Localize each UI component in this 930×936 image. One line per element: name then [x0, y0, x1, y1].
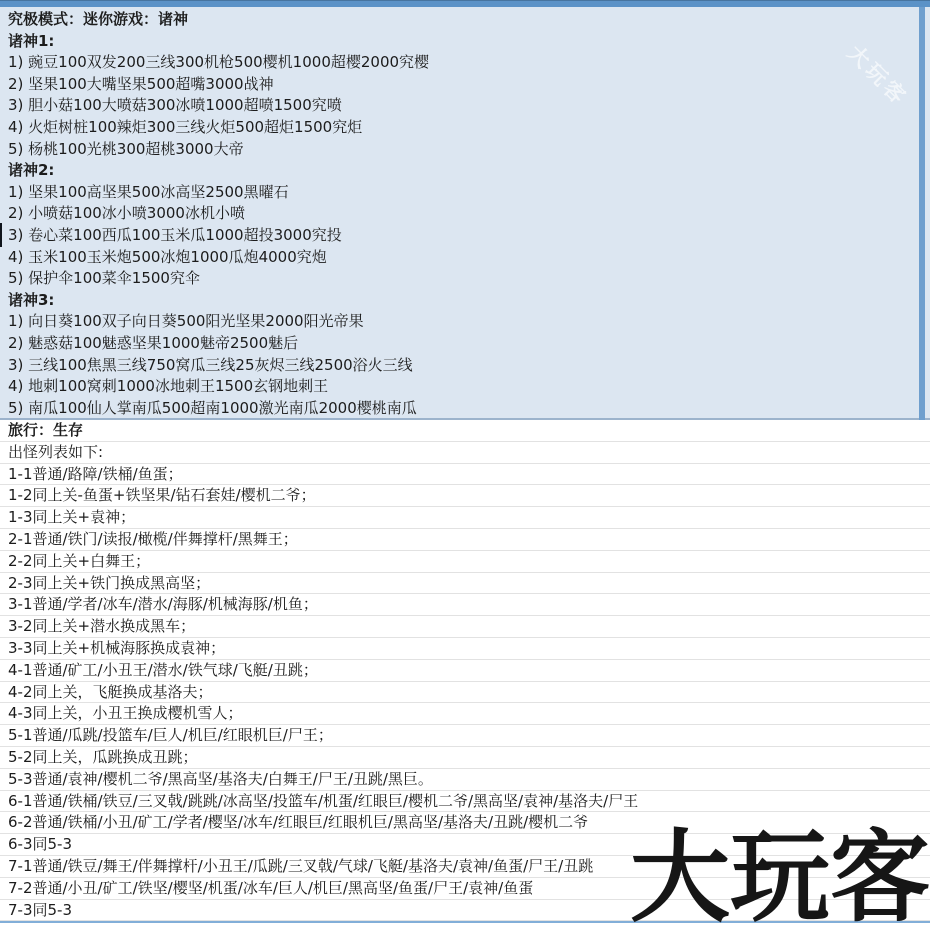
god-line[interactable]: 1) 向日葵100双子向日葵500阳光坚果2000阳光帝果	[8, 311, 930, 333]
god-line[interactable]: 3) 卷心菜100西瓜100玉米瓜1000超投3000究投	[8, 225, 930, 247]
spawn-row[interactable]: 1-1普通/路障/铁桶/鱼蛋；	[0, 464, 930, 486]
document-page: 究极模式：迷你游戏：诸神 诸神1: 1) 豌豆100双发200三线300机枪50…	[0, 0, 930, 936]
god-line[interactable]: 1) 坚果100高坚果500冰高坚2500黑曜石	[8, 182, 930, 204]
spawn-row[interactable]: 4-2同上关，飞艇换成基洛夫；	[0, 682, 930, 704]
god-section-2-title[interactable]: 诸神2:	[8, 160, 930, 182]
god-line[interactable]: 5) 南瓜100仙人掌南瓜500超南1000激光南瓜2000樱桃南瓜	[8, 398, 930, 420]
brand-watermark: 大玩客	[630, 828, 930, 928]
god-section-3-title[interactable]: 诸神3:	[8, 290, 930, 312]
god-line[interactable]: 1) 豌豆100双发200三线300机枪500樱机1000超樱2000究樱	[8, 52, 930, 74]
spawn-row[interactable]: 5-3普通/袁神/樱机二爷/黑高坚/基洛夫/白舞王/尸王/丑跳/黑巨。	[0, 769, 930, 791]
spawn-row[interactable]: 2-3同上关+铁门换成黑高坚；	[0, 573, 930, 595]
spawn-list-label[interactable]: 出怪列表如下:	[0, 442, 930, 464]
travel-section-title[interactable]: 旅行：生存	[0, 420, 930, 442]
mode-header[interactable]: 究极模式：迷你游戏：诸神	[8, 9, 930, 31]
spawn-row[interactable]: 5-1普通/瓜跳/投篮车/巨人/机巨/红眼机巨/尸王；	[0, 725, 930, 747]
spawn-row[interactable]: 5-2同上关，瓜跳换成丑跳；	[0, 747, 930, 769]
selected-region[interactable]: 究极模式：迷你游戏：诸神 诸神1: 1) 豌豆100双发200三线300机枪50…	[0, 7, 930, 420]
spawn-row[interactable]: 1-2同上关-鱼蛋+铁坚果/钻石套娃/樱机二爷；	[0, 485, 930, 507]
god-line[interactable]: 4) 地刺100窝刺1000冰地刺王1500玄钢地刺王	[8, 376, 930, 398]
spawn-row[interactable]: 3-1普通/学者/冰车/潜水/海豚/机械海豚/机鱼；	[0, 594, 930, 616]
spawn-row[interactable]: 2-1普通/铁门/读报/橄榄/伴舞撑杆/黑舞王；	[0, 529, 930, 551]
spawn-row[interactable]: 6-1普通/铁桶/铁豆/三叉戟/跳跳/冰高坚/投篮车/机蛋/红眼巨/樱机二爷/黑…	[0, 791, 930, 813]
spawn-row[interactable]: 4-3同上关，小丑王换成樱机雪人；	[0, 703, 930, 725]
god-section-2-list: 1) 坚果100高坚果500冰高坚2500黑曜石2) 小喷菇100冰小喷3000…	[8, 182, 930, 290]
god-line[interactable]: 4) 玉米100玉米炮500冰炮1000瓜炮4000究炮	[8, 247, 930, 269]
god-line[interactable]: 2) 小喷菇100冰小喷3000冰机小喷	[8, 203, 930, 225]
spawn-row[interactable]: 4-1普通/矿工/小丑王/潜水/铁气球/飞艇/丑跳；	[0, 660, 930, 682]
god-line[interactable]: 4) 火炬树桩100辣炬300三线火炬500超炬1500究炬	[8, 117, 930, 139]
selection-right-border	[919, 7, 925, 420]
god-line[interactable]: 3) 胆小菇100大喷菇300冰喷1000超喷1500究喷	[8, 95, 930, 117]
god-section-1-list: 1) 豌豆100双发200三线300机枪500樱机1000超樱2000究樱2) …	[8, 52, 930, 160]
spawn-row[interactable]: 3-2同上关+潜水换成黑车；	[0, 616, 930, 638]
spawn-row[interactable]: 3-3同上关+机械海豚换成袁神；	[0, 638, 930, 660]
spawn-row[interactable]: 1-3同上关+袁神；	[0, 507, 930, 529]
god-section-3-list: 1) 向日葵100双子向日葵500阳光坚果2000阳光帝果2) 魅惑菇100魅惑…	[8, 311, 930, 419]
text-cursor	[0, 223, 2, 247]
spawn-row[interactable]: 2-2同上关+白舞王；	[0, 551, 930, 573]
god-line[interactable]: 2) 魅惑菇100魅惑坚果1000魅帝2500魅后	[8, 333, 930, 355]
god-line[interactable]: 2) 坚果100大嘴坚果500超嘴3000战神	[8, 74, 930, 96]
god-line[interactable]: 5) 杨桃100光桃300超桃3000大帝	[8, 139, 930, 161]
god-line[interactable]: 3) 三线100焦黑三线750窝瓜三线25灰烬三线2500浴火三线	[8, 355, 930, 377]
god-line[interactable]: 5) 保护伞100菜伞1500究伞	[8, 268, 930, 290]
selection-top-border	[0, 0, 930, 7]
god-section-1-title[interactable]: 诸神1:	[8, 31, 930, 53]
